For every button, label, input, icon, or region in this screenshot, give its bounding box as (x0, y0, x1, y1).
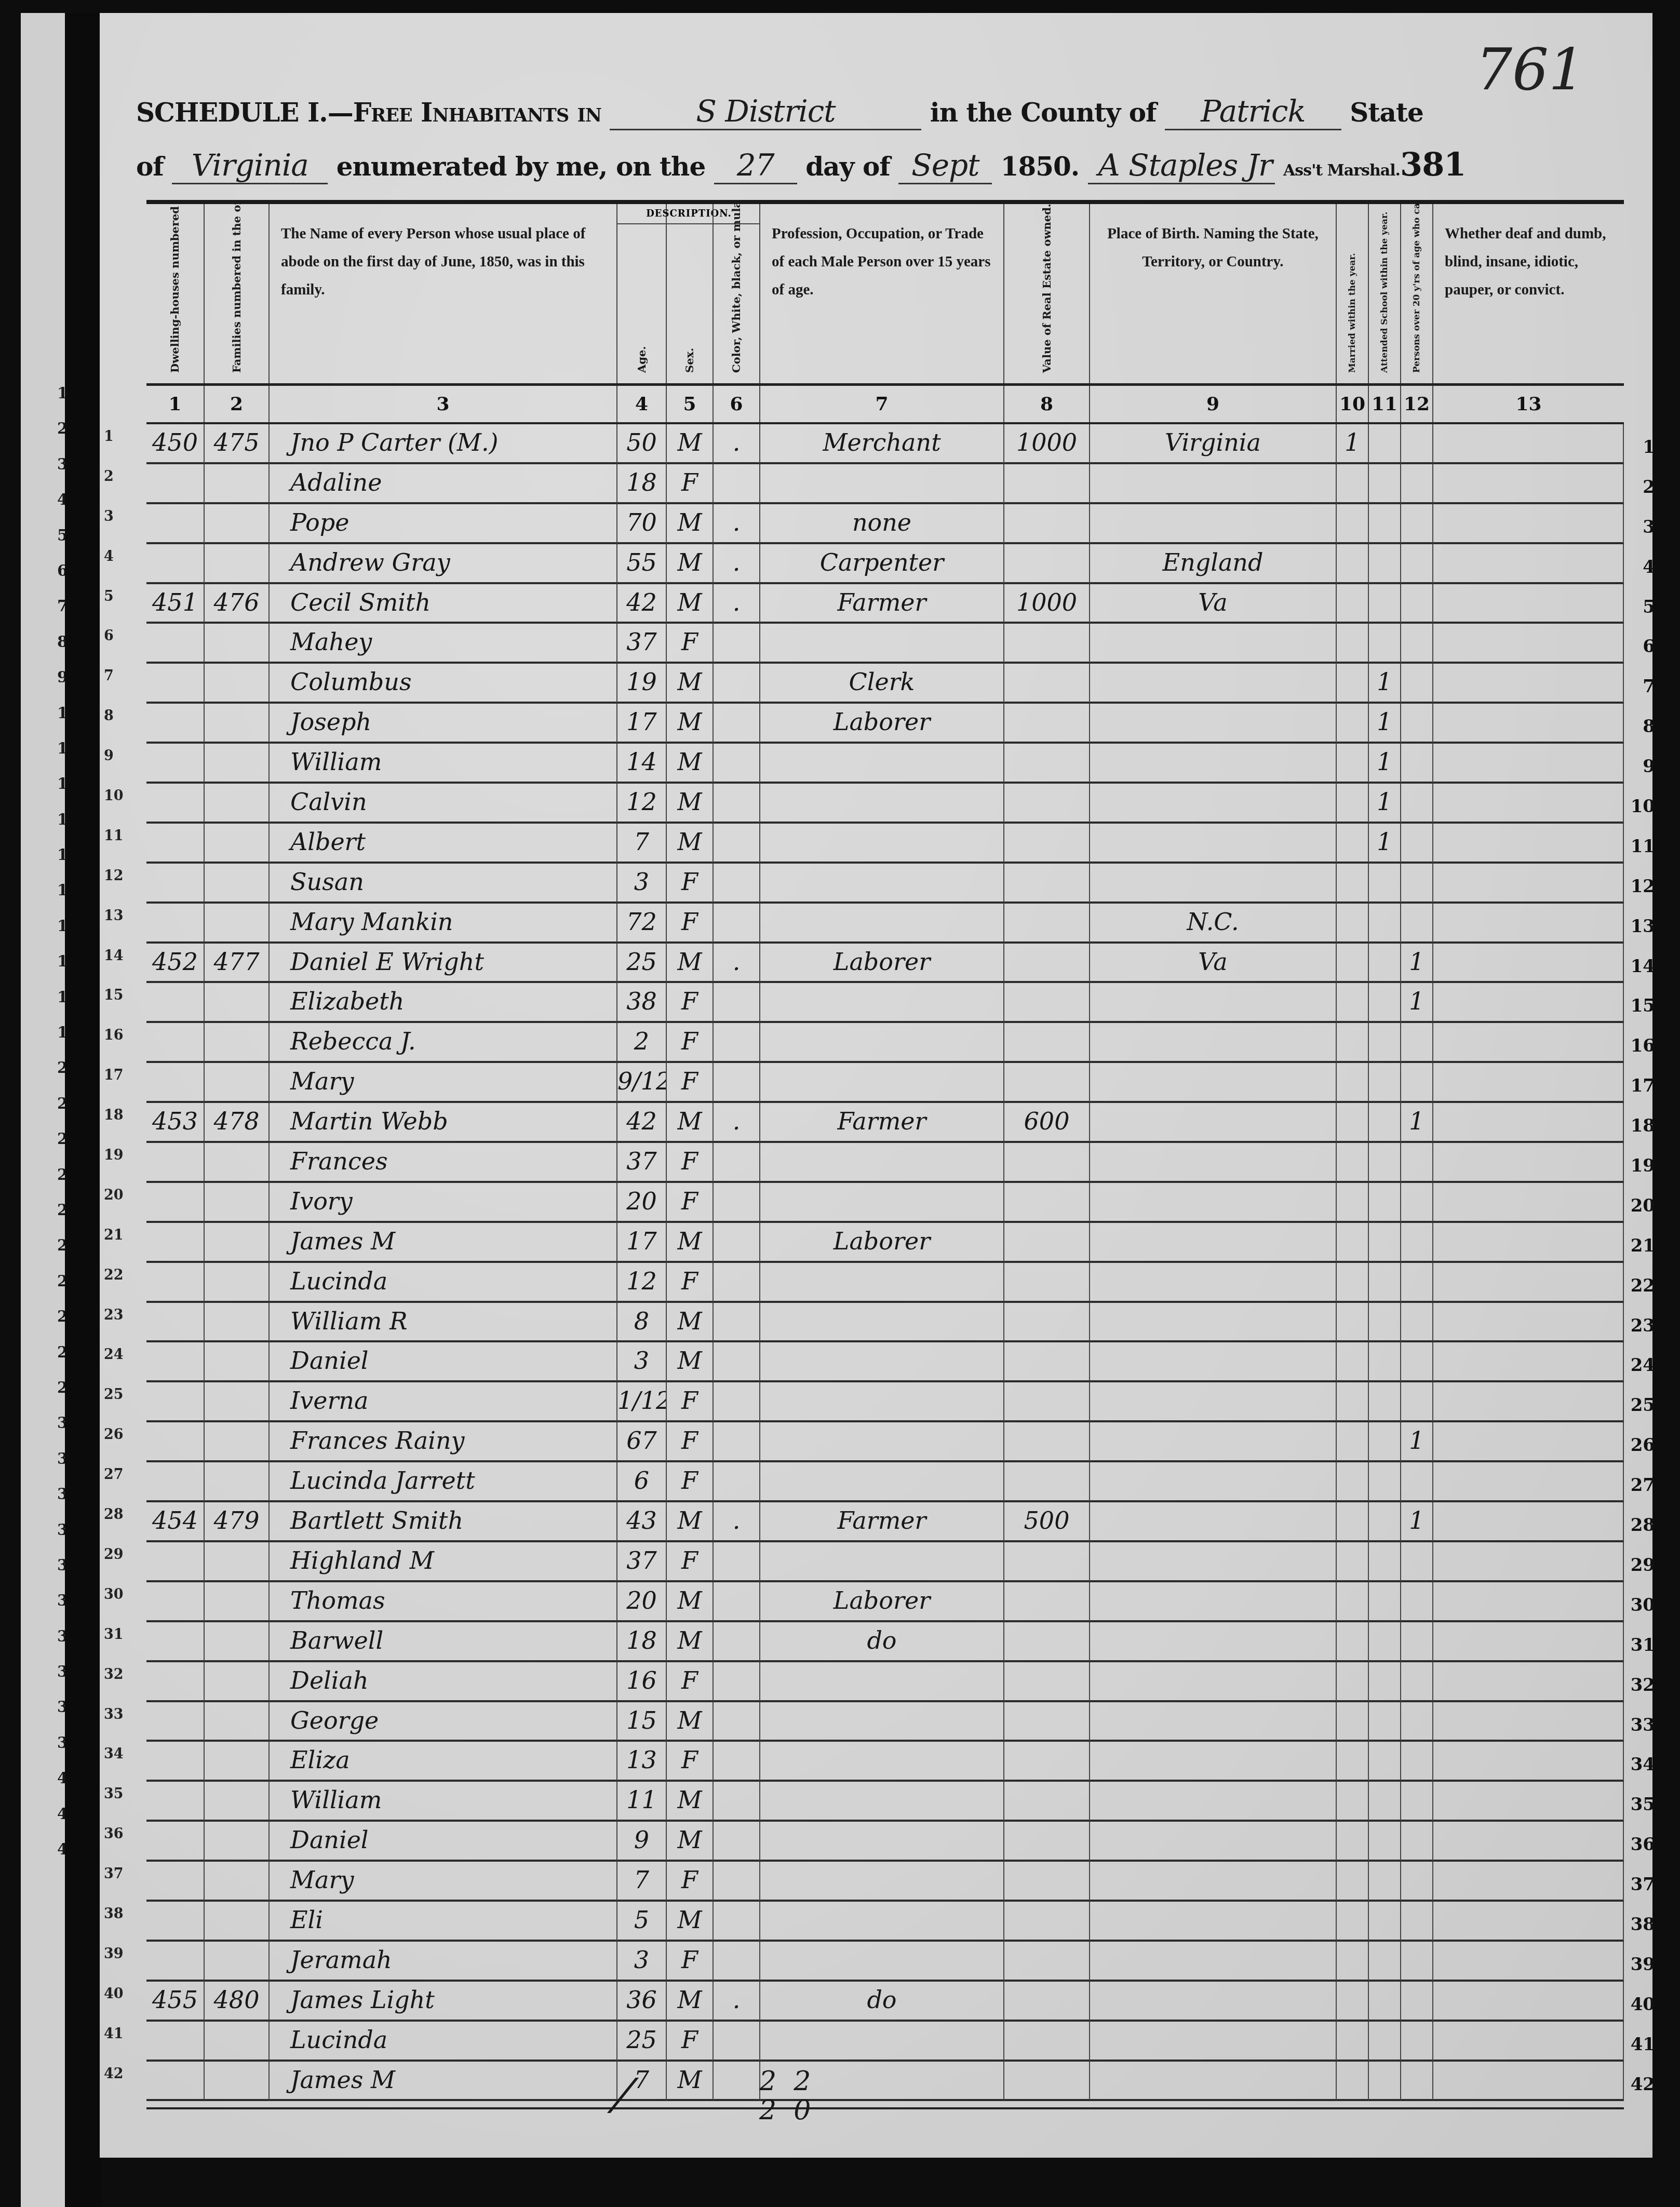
cell-occupation: Laborer (760, 704, 1004, 744)
cell-condition (1433, 544, 1624, 584)
cell-occupation (760, 1023, 1004, 1063)
line-number-left: 5 (104, 588, 114, 604)
cell-color (714, 1782, 760, 1822)
cell-name: James Light (270, 1982, 617, 2022)
cell-sex: M (667, 1902, 714, 1942)
cell-cannot-read (1401, 1223, 1433, 1263)
cell-occupation (760, 1462, 1004, 1502)
header-col-1: Dwelling-houses numbered in the order of… (146, 204, 205, 383)
cell-condition (1433, 1622, 1624, 1662)
division-field: S District (610, 93, 921, 130)
cell-name: Daniel (270, 1822, 617, 1862)
line-number-left: 29 (104, 1546, 124, 1563)
cell-name: Thomas (270, 1582, 617, 1622)
cell-dwelling (146, 1742, 205, 1782)
cell-birthplace (1090, 824, 1337, 864)
cell-real-estate (1004, 1702, 1090, 1742)
cell-color (714, 744, 760, 784)
cell-birthplace (1090, 1542, 1337, 1582)
cell-married (1337, 2022, 1369, 2062)
line-number-left: 40 (104, 1986, 124, 2002)
tally-a2: 2 (759, 2095, 776, 2126)
cell-married (1337, 664, 1369, 704)
column-number-cell: 8 (1004, 386, 1090, 422)
cell-occupation: Laborer (760, 1582, 1004, 1622)
census-page: 761 SCHEDULE I.—Free Inhabitants in S Di… (100, 13, 1652, 2158)
cell-condition (1433, 2022, 1624, 2062)
cell-married (1337, 1662, 1369, 1702)
header-col-11: Attended School within the year. (1369, 204, 1401, 383)
census-rows: 450475Jno P Carter (M.)50M.Merchant1000V… (146, 424, 1624, 2101)
cell-sex: F (667, 1942, 714, 1982)
cell-occupation (760, 1143, 1004, 1183)
cell-real-estate (1004, 744, 1090, 784)
header-label: Age. (636, 346, 648, 373)
census-row: Mary Mankin72FN.C.1313 (146, 904, 1624, 944)
line-number-right: 19 (1631, 1155, 1655, 1176)
cell-name: Daniel E Wright (270, 944, 617, 984)
census-row: Columbus19MClerk177 (146, 664, 1624, 704)
cell-color (714, 1662, 760, 1702)
cell-condition (1433, 504, 1624, 544)
cell-dwelling (146, 1582, 205, 1622)
cell-cannot-read (1401, 784, 1433, 824)
cell-family (205, 2022, 270, 2062)
cell-condition (1433, 824, 1624, 864)
cell-school (1369, 624, 1401, 664)
cell-cannot-read (1401, 1023, 1433, 1063)
cell-married (1337, 1063, 1369, 1103)
cell-married (1337, 464, 1369, 504)
cell-occupation (760, 624, 1004, 664)
cell-age: 18 (617, 464, 667, 504)
line-number-right: 6 (1643, 636, 1655, 657)
census-row: Eli5M3838 (146, 1902, 1624, 1942)
cell-age: 37 (617, 624, 667, 664)
cell-dwelling (146, 1862, 205, 1902)
cell-cannot-read (1401, 1862, 1433, 1902)
column-number: 7 (760, 386, 1003, 422)
cell-school (1369, 584, 1401, 624)
census-row: Eliza13F3434 (146, 1742, 1624, 1782)
cell-sex: F (667, 624, 714, 664)
census-row: James M7M4242 (146, 2062, 1624, 2102)
cell-birthplace (1090, 704, 1337, 744)
cell-age: 20 (617, 1183, 667, 1223)
cell-birthplace (1090, 1063, 1337, 1103)
cell-color: . (714, 424, 760, 464)
cell-age: 17 (617, 704, 667, 744)
cell-dwelling: 451 (146, 584, 205, 624)
cell-married (1337, 504, 1369, 544)
cell-real-estate (1004, 1422, 1090, 1462)
cell-name: William R (270, 1303, 617, 1343)
cell-married (1337, 1303, 1369, 1343)
line-number-right: 41 (1631, 2034, 1655, 2055)
cell-real-estate (1004, 784, 1090, 824)
cell-name: Lucinda (270, 1263, 617, 1303)
cell-family (205, 1462, 270, 1502)
cell-cannot-read (1401, 1982, 1433, 2022)
cell-real-estate (1004, 1263, 1090, 1303)
line-number-right: 38 (1631, 1914, 1655, 1935)
cell-family (205, 1662, 270, 1702)
cell-real-estate (1004, 504, 1090, 544)
cell-color: . (714, 944, 760, 984)
column-number-cell: 4 (617, 386, 667, 422)
cell-birthplace (1090, 1382, 1337, 1422)
cell-occupation (760, 1303, 1004, 1343)
cell-condition (1433, 1462, 1624, 1502)
line-number-left: 36 (104, 1826, 124, 1842)
line-number-left: 22 (104, 1267, 124, 1283)
cell-dwelling (146, 1462, 205, 1502)
column-number-cell: 3 (270, 386, 617, 422)
cell-school (1369, 1662, 1401, 1702)
cell-family (205, 1702, 270, 1742)
cell-married (1337, 1023, 1369, 1063)
cell-color (714, 1542, 760, 1582)
cell-cannot-read (1401, 1782, 1433, 1822)
line-number-left: 31 (104, 1626, 124, 1643)
line-number-right: 5 (1643, 597, 1655, 617)
cell-age: 1/12 (617, 1382, 667, 1422)
cell-color (714, 904, 760, 944)
cell-dwelling: 454 (146, 1502, 205, 1542)
cell-sex: M (667, 1822, 714, 1862)
cell-occupation (760, 864, 1004, 904)
cell-dwelling: 452 (146, 944, 205, 984)
line-number-left: 24 (104, 1347, 124, 1363)
cell-sex: F (667, 983, 714, 1023)
cell-condition (1433, 1542, 1624, 1582)
cell-occupation (760, 2022, 1004, 2062)
cell-color (714, 704, 760, 744)
cell-cannot-read (1401, 1622, 1433, 1662)
cell-dwelling (146, 1422, 205, 1462)
header-label: Whether deaf and dumb, blind, insane, id… (1433, 204, 1624, 304)
line-number-right: 13 (1631, 916, 1655, 937)
cell-real-estate (1004, 1382, 1090, 1422)
cell-school (1369, 1622, 1401, 1662)
cell-birthplace (1090, 983, 1337, 1023)
census-row: Iverna1/12F2525 (146, 1382, 1624, 1422)
cell-color: . (714, 584, 760, 624)
cell-age: 3 (617, 1942, 667, 1982)
cell-occupation (760, 1862, 1004, 1902)
cell-school (1369, 1822, 1401, 1862)
cell-school: 1 (1369, 824, 1401, 864)
cell-age: 42 (617, 584, 667, 624)
cell-cannot-read: 1 (1401, 1502, 1433, 1542)
cell-condition (1433, 1422, 1624, 1462)
cell-school (1369, 1782, 1401, 1822)
header-col-5: Sex. (667, 204, 714, 383)
enumeration-line: of Virginia enumerated by me, on the 27 … (136, 145, 1466, 184)
census-row: Lucinda Jarrett6F2727 (146, 1462, 1624, 1502)
cell-condition (1433, 1063, 1624, 1103)
cell-condition (1433, 904, 1624, 944)
county-field: Patrick (1165, 93, 1341, 130)
state-label: State (1350, 97, 1423, 128)
cell-cannot-read (1401, 1303, 1433, 1343)
census-row: Susan3F1212 (146, 864, 1624, 904)
line-number-right: 7 (1643, 676, 1655, 697)
cell-color (714, 1462, 760, 1502)
cell-dwelling (146, 624, 205, 664)
cell-age: 20 (617, 1582, 667, 1622)
cell-sex: M (667, 1622, 714, 1662)
cell-birthplace (1090, 864, 1337, 904)
cell-family (205, 1063, 270, 1103)
cell-school (1369, 1862, 1401, 1902)
cell-married (1337, 744, 1369, 784)
census-row: James M17MLaborer2121 (146, 1223, 1624, 1263)
line-number-left: 33 (104, 1706, 124, 1722)
cell-sex: F (667, 2022, 714, 2062)
cell-occupation: Farmer (760, 1502, 1004, 1542)
census-row: William11M3535 (146, 1782, 1624, 1822)
cell-family (205, 1902, 270, 1942)
cell-cannot-read (1401, 1183, 1433, 1223)
cell-cannot-read (1401, 1702, 1433, 1742)
cell-dwelling: 455 (146, 1982, 205, 2022)
census-row: Rebecca J.2F1616 (146, 1023, 1624, 1063)
line-number-right: 20 (1631, 1195, 1655, 1216)
header-label: Value of Real Estate owned. (1041, 204, 1053, 373)
cell-dwelling (146, 1822, 205, 1862)
line-number-left: 34 (104, 1746, 124, 1762)
cell-name: Martin Webb (270, 1103, 617, 1143)
cell-family (205, 1822, 270, 1862)
cell-occupation (760, 1782, 1004, 1822)
cell-occupation (760, 784, 1004, 824)
cell-dwelling (146, 1622, 205, 1662)
cell-school (1369, 504, 1401, 544)
census-row: Frances37F1919 (146, 1143, 1624, 1183)
cell-age: 17 (617, 1223, 667, 1263)
cell-school: 1 (1369, 784, 1401, 824)
cell-sex: F (667, 1183, 714, 1223)
cell-name: Highland M (270, 1542, 617, 1582)
column-number: 4 (617, 386, 666, 422)
line-number-left: 8 (104, 708, 114, 724)
cell-color (714, 1183, 760, 1223)
cell-family (205, 1183, 270, 1223)
cell-name: Frances Rainy (270, 1422, 617, 1462)
cell-school (1369, 1542, 1401, 1582)
cell-birthplace (1090, 1942, 1337, 1982)
cell-family (205, 2062, 270, 2102)
cell-real-estate (1004, 1942, 1090, 1982)
cell-real-estate: 500 (1004, 1502, 1090, 1542)
cell-school (1369, 1103, 1401, 1143)
cell-color (714, 1342, 760, 1382)
line-number-left: 25 (104, 1387, 124, 1403)
census-row: Frances Rainy67F12626 (146, 1422, 1624, 1462)
binding-gutter (65, 13, 101, 2207)
cell-school (1369, 1303, 1401, 1343)
cell-condition (1433, 1902, 1624, 1942)
cell-condition (1433, 1223, 1624, 1263)
cell-sex: M (667, 1303, 714, 1343)
cell-birthplace (1090, 784, 1337, 824)
cell-cannot-read (1401, 704, 1433, 744)
cell-school (1369, 1502, 1401, 1542)
cell-occupation (760, 1342, 1004, 1382)
cell-real-estate (1004, 624, 1090, 664)
cell-color (714, 824, 760, 864)
cell-birthplace (1090, 1462, 1337, 1502)
line-number-left: 26 (104, 1427, 124, 1443)
cell-sex: F (667, 904, 714, 944)
cell-cannot-read (1401, 904, 1433, 944)
cell-color (714, 1303, 760, 1343)
cell-sex: M (667, 1702, 714, 1742)
cell-school (1369, 1982, 1401, 2022)
cell-name: Columbus (270, 664, 617, 704)
cell-real-estate (1004, 2062, 1090, 2102)
cell-condition (1433, 664, 1624, 704)
cell-occupation: Farmer (760, 584, 1004, 624)
header-label: Sex. (683, 348, 696, 373)
cell-sex: M (667, 944, 714, 984)
cell-school (1369, 1223, 1401, 1263)
header-label: Profession, Occupation, or Trade of each… (760, 204, 1003, 304)
cell-dwelling (146, 904, 205, 944)
cell-birthplace (1090, 1902, 1337, 1942)
state-field: Virginia (172, 147, 328, 184)
cell-condition (1433, 624, 1624, 664)
cell-occupation: Merchant (760, 424, 1004, 464)
line-number-right: 37 (1631, 1874, 1655, 1895)
cell-real-estate (1004, 1183, 1090, 1223)
cell-condition (1433, 1942, 1624, 1982)
cell-family (205, 1622, 270, 1662)
cell-married (1337, 1382, 1369, 1422)
cell-dwelling (146, 544, 205, 584)
cell-age: 67 (617, 1422, 667, 1462)
schedule-title-line: SCHEDULE I.—Free Inhabitants in S Distri… (136, 93, 1423, 130)
cell-name: Mary Mankin (270, 904, 617, 944)
cell-cannot-read (1401, 464, 1433, 504)
cell-age: 11 (617, 1782, 667, 1822)
line-number-left: 20 (104, 1187, 124, 1203)
cell-occupation (760, 824, 1004, 864)
cell-name: Eliza (270, 1742, 617, 1782)
line-number-left: 14 (104, 948, 124, 964)
cell-real-estate (1004, 544, 1090, 584)
line-number-left: 1 (104, 428, 114, 445)
cell-cannot-read (1401, 1902, 1433, 1942)
cell-married (1337, 1782, 1369, 1822)
census-row: 451476Cecil Smith42M.Farmer1000Va55 (146, 584, 1624, 624)
census-row: George15M3333 (146, 1702, 1624, 1742)
cell-real-estate (1004, 1023, 1090, 1063)
cell-birthplace (1090, 1502, 1337, 1542)
cell-sex: F (667, 1742, 714, 1782)
cell-real-estate (1004, 1822, 1090, 1862)
cell-name: Pope (270, 504, 617, 544)
cell-occupation: do (760, 1982, 1004, 2022)
cell-sex: M (667, 1103, 714, 1143)
cell-sex: F (667, 1063, 714, 1103)
cell-real-estate (1004, 464, 1090, 504)
census-row: Thomas20MLaborer3030 (146, 1582, 1624, 1622)
cell-school (1369, 1742, 1401, 1782)
cell-school (1369, 1942, 1401, 1982)
cell-occupation: Farmer (760, 1103, 1004, 1143)
cell-occupation (760, 1382, 1004, 1422)
cell-birthplace (1090, 1982, 1337, 2022)
cell-condition (1433, 1582, 1624, 1622)
enumerated-label: enumerated by me, on the (337, 151, 706, 182)
header-col-13: Whether deaf and dumb, blind, insane, id… (1433, 204, 1624, 383)
census-row: Barwell18Mdo3131 (146, 1622, 1624, 1662)
line-number-right: 3 (1643, 517, 1655, 537)
cell-dwelling (146, 2062, 205, 2102)
cell-color (714, 1822, 760, 1862)
cell-real-estate: 1000 (1004, 424, 1090, 464)
column-number: 9 (1090, 386, 1336, 422)
line-number-right: 2 (1643, 477, 1655, 497)
cell-condition (1433, 864, 1624, 904)
line-number-left: 2 (104, 468, 114, 485)
cell-condition (1433, 1023, 1624, 1063)
cell-condition (1433, 1742, 1624, 1782)
cell-birthplace (1090, 2022, 1337, 2062)
line-number-left: 12 (104, 868, 124, 884)
cell-condition (1433, 1782, 1624, 1822)
cell-color (714, 1143, 760, 1183)
cell-name: Elizabeth (270, 983, 617, 1023)
cell-age: 8 (617, 1303, 667, 1343)
column-number-cell: 11 (1369, 386, 1401, 422)
line-number-right: 18 (1631, 1115, 1655, 1136)
cell-color (714, 464, 760, 504)
cell-family (205, 983, 270, 1023)
cell-real-estate (1004, 944, 1090, 984)
cell-sex: F (667, 1143, 714, 1183)
cell-real-estate (1004, 1063, 1090, 1103)
cell-color (714, 1862, 760, 1902)
cell-dwelling (146, 1542, 205, 1582)
cell-age: 37 (617, 1143, 667, 1183)
column-numbers: 12345678910111213 (146, 386, 1624, 424)
cell-color (714, 2022, 760, 2062)
cell-name: Bartlett Smith (270, 1502, 617, 1542)
cell-color: . (714, 1982, 760, 2022)
cell-age: 3 (617, 1342, 667, 1382)
line-number-right: 32 (1631, 1675, 1655, 1695)
cell-cannot-read (1401, 1742, 1433, 1782)
cell-married (1337, 1502, 1369, 1542)
cell-condition (1433, 1342, 1624, 1382)
cell-condition (1433, 1862, 1624, 1902)
cell-real-estate (1004, 1342, 1090, 1382)
cell-family: 478 (205, 1103, 270, 1143)
cell-sex: M (667, 1782, 714, 1822)
cell-married (1337, 624, 1369, 664)
cell-color (714, 624, 760, 664)
cell-occupation (760, 983, 1004, 1023)
cell-real-estate (1004, 904, 1090, 944)
cell-condition (1433, 944, 1624, 984)
cell-sex: M (667, 1223, 714, 1263)
line-number-right: 40 (1631, 1994, 1655, 2015)
cell-name: Cecil Smith (270, 584, 617, 624)
cell-condition (1433, 1702, 1624, 1742)
